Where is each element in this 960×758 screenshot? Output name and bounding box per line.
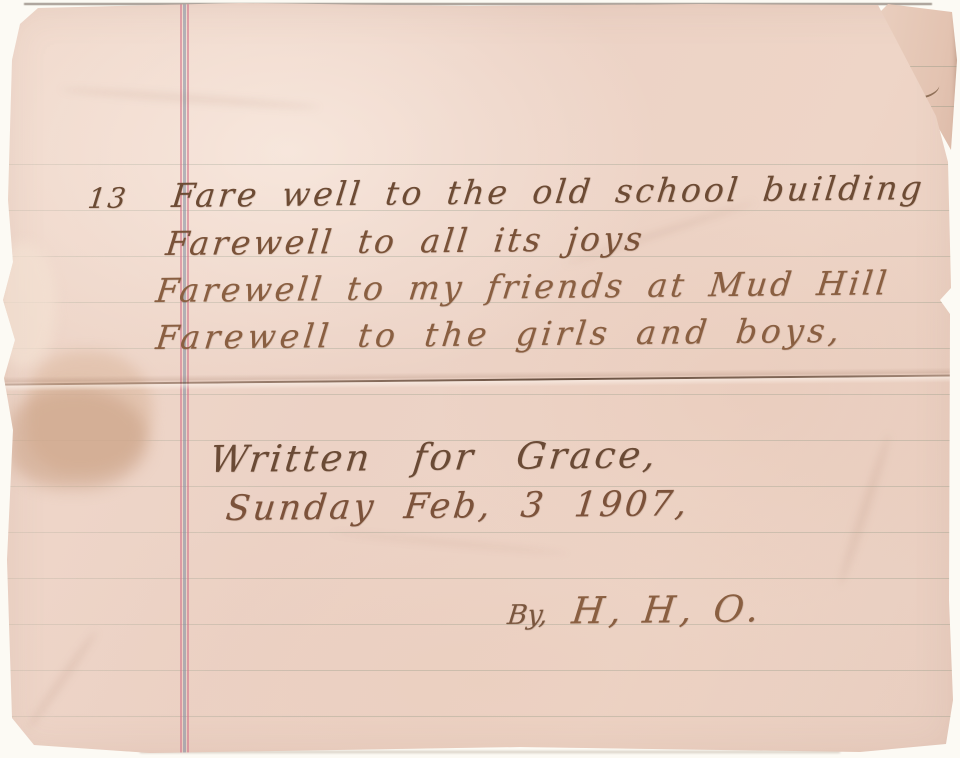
byline-initials: H, H, O. [570, 587, 766, 632]
byline-prefix: By, [506, 600, 550, 631]
scanned-document: 13 Fare well to the old school building … [0, 0, 960, 758]
poem-line-3: Farewell to my friends at Mud Hill [154, 263, 892, 310]
dedication-line: Written for Grace, [208, 433, 661, 481]
poem-line-4: Farewell to the girls and boys, [154, 311, 846, 357]
water-stain [8, 388, 148, 488]
poem-line-2: Farewell to all its joys [164, 219, 647, 263]
poem-line-1: Fare well to the old school building [170, 168, 927, 215]
date-line: Sunday Feb, 3 1907, [224, 484, 692, 529]
byline: By,H, H, O. [506, 587, 766, 633]
wrinkle-shading [60, 86, 320, 111]
stanza-number: 13 [86, 182, 129, 215]
paper-sheet: 13 Fare well to the old school building … [0, 0, 960, 758]
